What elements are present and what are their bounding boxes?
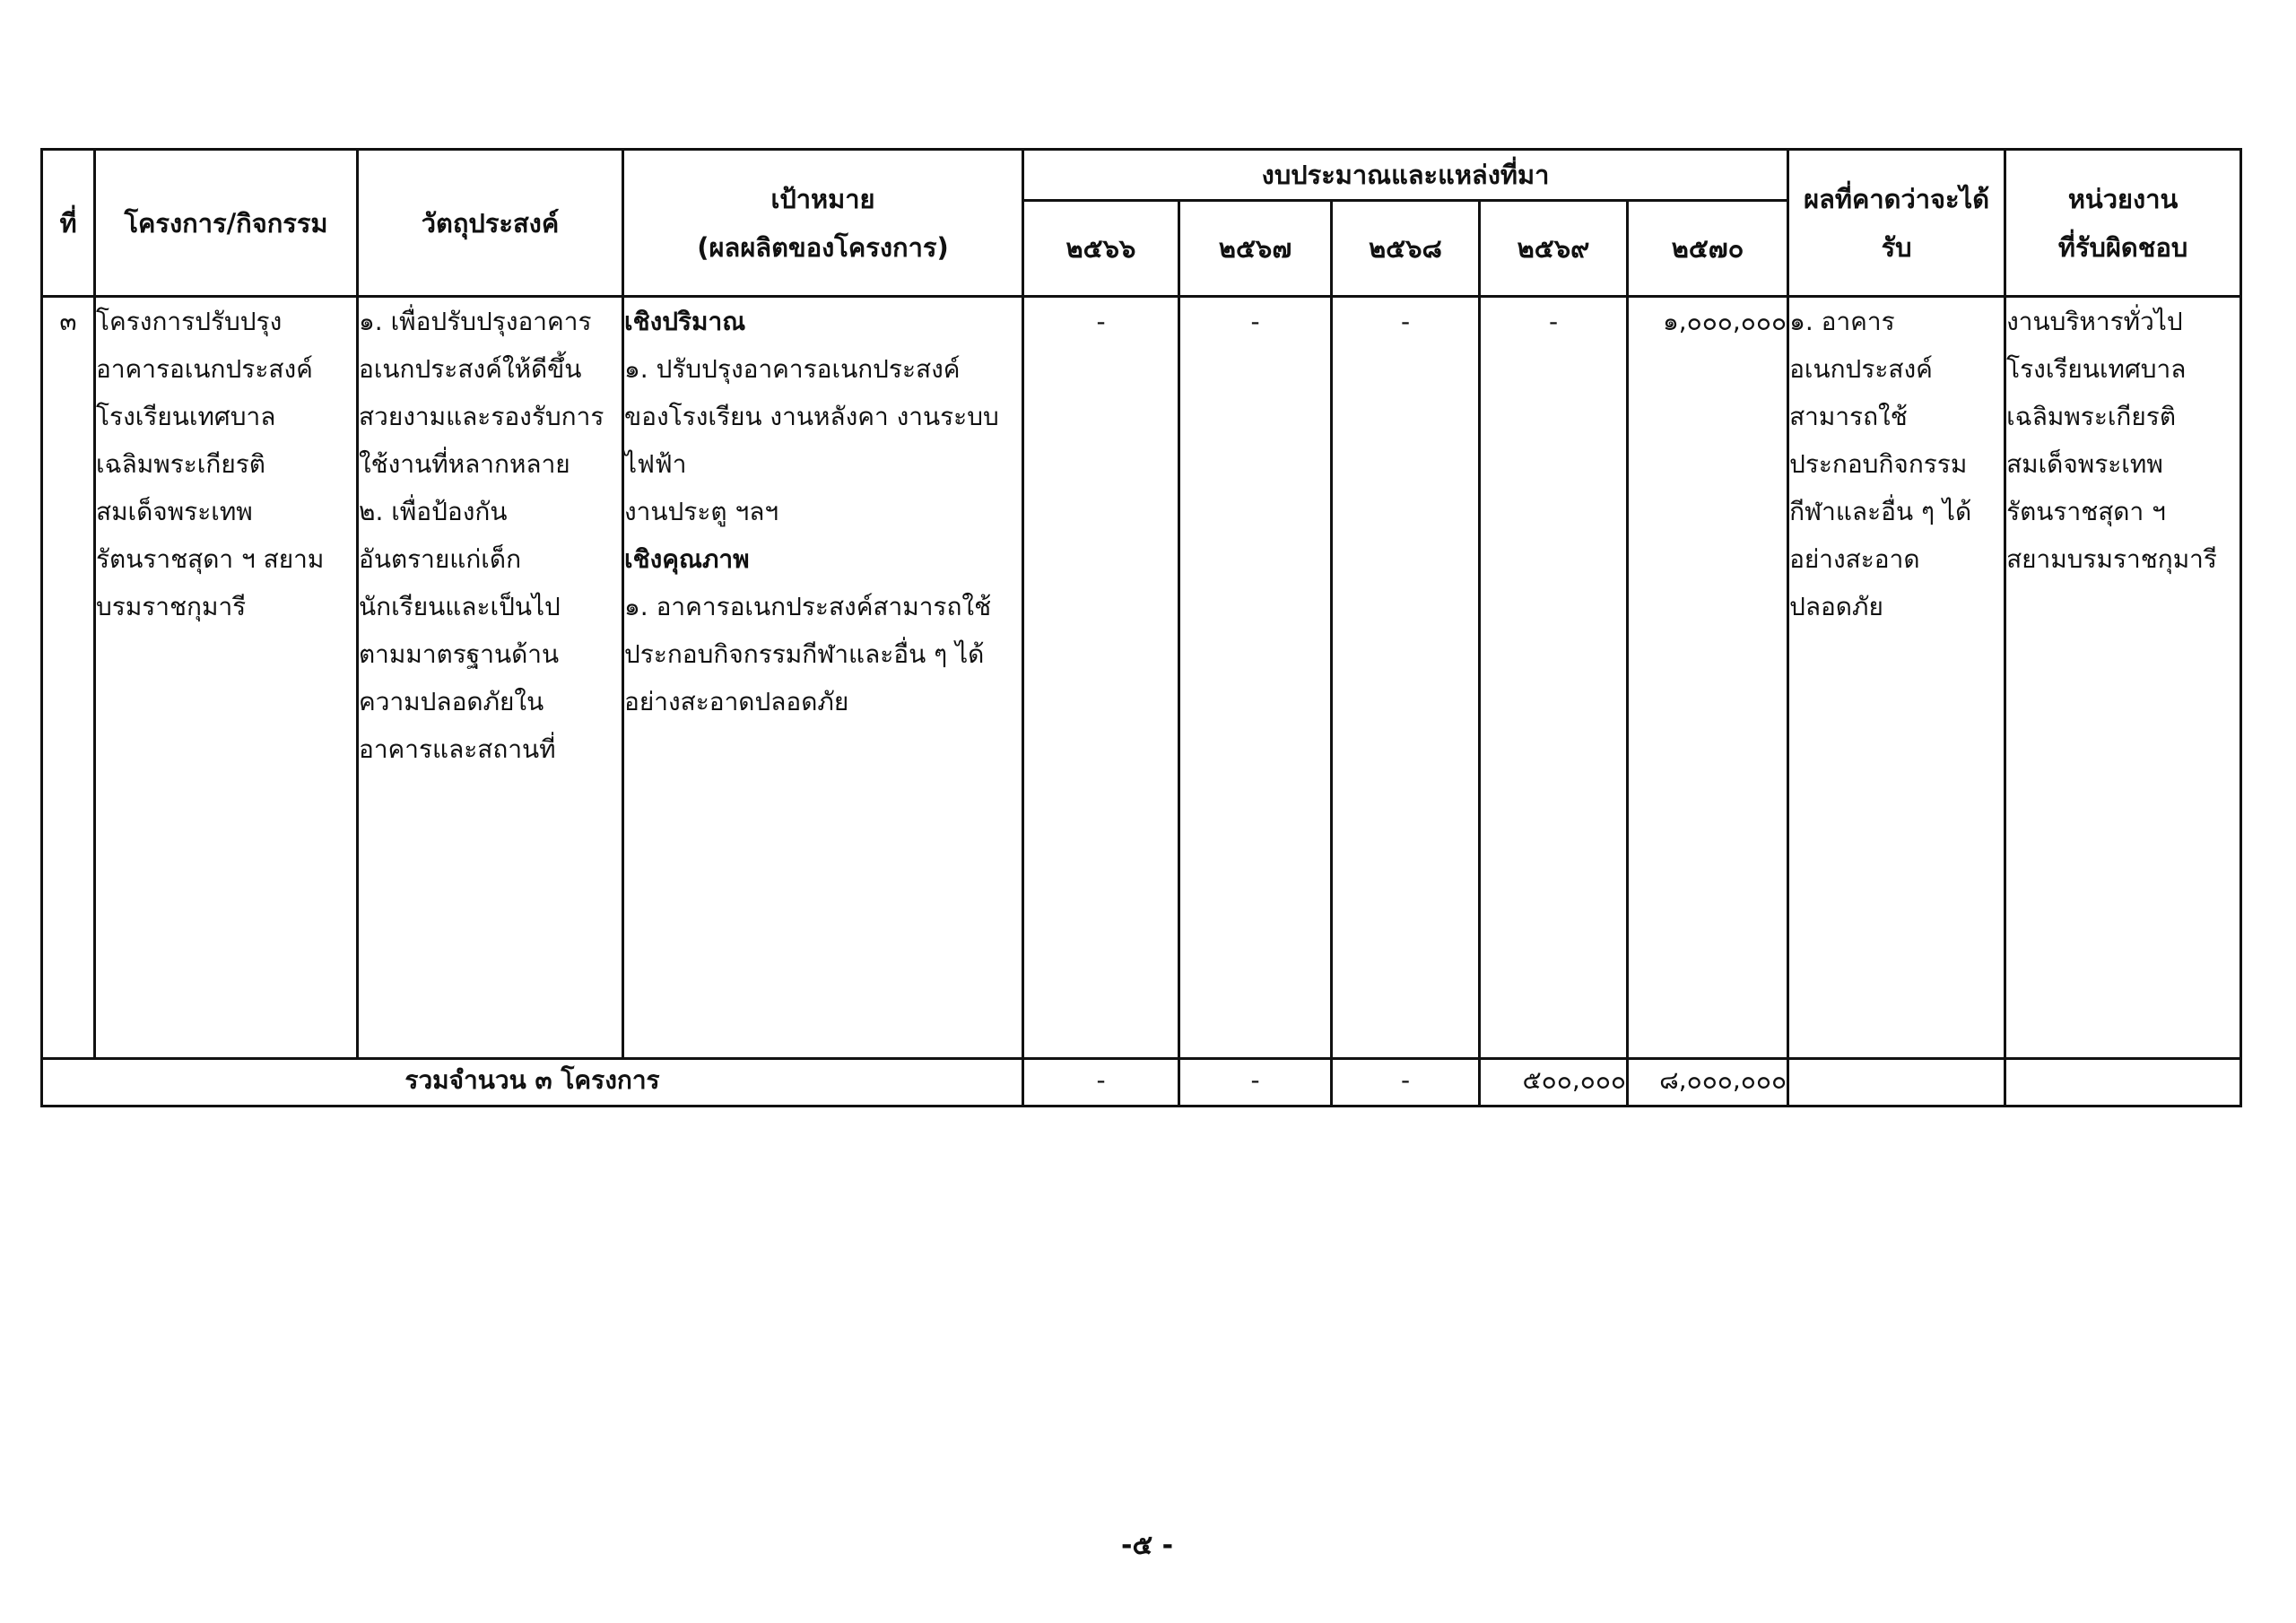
cell-text-line: งานบริหารทั่วไป <box>2006 298 2239 345</box>
row-budget-2567: - <box>1179 297 1332 1059</box>
header-objective: วัตถุประสงค์ <box>358 150 623 297</box>
row-expected: ๑. อาคารอเนกประสงค์สามารถใช้ประกอบกิจกรร… <box>1788 297 2005 1059</box>
cell-text-line: บรมราชกุมารี <box>96 583 356 630</box>
total-budget-2566: - <box>1023 1059 1179 1107</box>
cell-text-line: รัตนราชสุดา ฯ <box>2006 488 2239 535</box>
total-row: รวมจำนวน ๓ โครงการ - - - ๕๐๐,๐๐๐ ๘,๐๐๐,๐… <box>42 1059 2241 1107</box>
cell-text-line: โรงเรียนเทศบาล <box>2006 345 2239 393</box>
header-budget-group: งบประมาณและแหล่งที่มา <box>1023 150 1788 201</box>
total-budget-2567: - <box>1179 1059 1332 1107</box>
row-objective: ๑. เพื่อปรับปรุงอาคารอเนกประสงค์ให้ดีขึ้… <box>358 297 623 1059</box>
total-label: รวมจำนวน ๓ โครงการ <box>42 1059 1023 1107</box>
target-section-heading: เชิงปริมาณ <box>624 298 1022 345</box>
row-budget-2570: ๑,๐๐๐,๐๐๐ <box>1628 297 1788 1059</box>
header-responsible: หน่วยงาน ที่รับผิดชอบ <box>2005 150 2241 297</box>
cell-text-line: ปลอดภัย <box>1789 583 2004 630</box>
cell-text-line: นักเรียนและเป็นไป <box>359 583 622 630</box>
cell-text-line: งานประตู ฯลฯ <box>624 488 1022 535</box>
header-no: ที่ <box>42 150 95 297</box>
cell-text-line: อย่างสะอาดปลอดภัย <box>624 678 1022 725</box>
header-year-2570: ๒๕๗๐ <box>1628 201 1788 297</box>
header-target-line1: เป้าหมาย <box>624 175 1022 223</box>
header-project: โครงการ/กิจกรรม <box>95 150 358 297</box>
header-year-2569: ๒๕๖๙ <box>1480 201 1628 297</box>
row-project: โครงการปรับปรุงอาคารอเนกประสงค์โรงเรียนเ… <box>95 297 358 1059</box>
project-plan-table: ที่ โครงการ/กิจกรรม วัตถุประสงค์ เป้าหมา… <box>40 148 2242 1107</box>
cell-text-line: อเนกประสงค์ <box>1789 345 2004 393</box>
cell-text-line: ใช้งานที่หลากหลาย <box>359 440 622 488</box>
cell-text-line: ประกอบกิจกรรมกีฬาและอื่น ๆ ได้ <box>624 630 1022 678</box>
header-expected: ผลที่คาดว่าจะได้รับ <box>1788 150 2005 297</box>
cell-text-line: ๑. อาคารอเนกประสงค์สามารถใช้ <box>624 583 1022 630</box>
cell-text-line: รัตนราชสุดา ฯ สยาม <box>96 535 356 583</box>
row-responsible: งานบริหารทั่วไปโรงเรียนเทศบาลเฉลิมพระเกี… <box>2005 297 2241 1059</box>
total-expected-empty <box>1788 1059 2005 1107</box>
row-budget-2569: - <box>1480 297 1628 1059</box>
cell-text-line: ของโรงเรียน งานหลังคา งานระบบ <box>624 393 1022 440</box>
cell-text-line: สยามบรมราชกุมารี <box>2006 535 2239 583</box>
cell-text-line: ๒. เพื่อป้องกัน <box>359 488 622 535</box>
row-target: เชิงปริมาณ๑. ปรับปรุงอาคารอเนกประสงค์ของ… <box>623 297 1023 1059</box>
cell-text-line: อันตรายแก่เด็ก <box>359 535 622 583</box>
cell-text-line: สมเด็จพระเทพ <box>96 488 356 535</box>
header-responsible-line1: หน่วยงาน <box>2006 175 2239 223</box>
cell-text-line: อเนกประสงค์ให้ดีขึ้น <box>359 345 622 393</box>
cell-text-line: สมเด็จพระเทพ <box>2006 440 2239 488</box>
cell-text-line: ตามมาตรฐานด้าน <box>359 630 622 678</box>
header-year-2567: ๒๕๖๗ <box>1179 201 1332 297</box>
cell-text-line: สามารถใช้ <box>1789 393 2004 440</box>
header-year-2568: ๒๕๖๘ <box>1332 201 1480 297</box>
cell-text-line: โครงการปรับปรุง <box>96 298 356 345</box>
total-responsible-empty <box>2005 1059 2241 1107</box>
cell-text-line: ๑. อาคาร <box>1789 298 2004 345</box>
cell-text-line: อาคารและสถานที่ <box>359 725 622 773</box>
cell-text-line: ประกอบกิจกรรม <box>1789 440 2004 488</box>
header-year-2566: ๒๕๖๖ <box>1023 201 1179 297</box>
cell-text-line: อย่างสะอาด <box>1789 535 2004 583</box>
cell-text-line: เฉลิมพระเกียรติ <box>96 440 356 488</box>
row-no: ๓ <box>42 297 95 1059</box>
header-target-line2: (ผลผลิตของโครงการ) <box>624 223 1022 272</box>
row-budget-2568: - <box>1332 297 1480 1059</box>
page-number: -๕ - <box>1121 1524 1173 1567</box>
cell-text-line: ๑. เพื่อปรับปรุงอาคาร <box>359 298 622 345</box>
cell-text-line: โรงเรียนเทศบาล <box>96 393 356 440</box>
header-target: เป้าหมาย (ผลผลิตของโครงการ) <box>623 150 1023 297</box>
total-budget-2568: - <box>1332 1059 1480 1107</box>
cell-text-line: กีฬาและอื่น ๆ ได้ <box>1789 488 2004 535</box>
cell-text-line: อาคารอเนกประสงค์ <box>96 345 356 393</box>
header-responsible-line2: ที่รับผิดชอบ <box>2006 223 2239 272</box>
cell-text-line: ๑. ปรับปรุงอาคารอเนกประสงค์ <box>624 345 1022 393</box>
total-budget-2569: ๕๐๐,๐๐๐ <box>1480 1059 1628 1107</box>
target-section-heading: เชิงคุณภาพ <box>624 535 1022 583</box>
cell-text-line: สวยงามและรองรับการ <box>359 393 622 440</box>
row-budget-2566: - <box>1023 297 1179 1059</box>
cell-text-line: ความปลอดภัยใน <box>359 678 622 725</box>
table-row: ๓ โครงการปรับปรุงอาคารอเนกประสงค์โรงเรีย… <box>42 297 2241 1059</box>
total-budget-2570: ๘,๐๐๐,๐๐๐ <box>1628 1059 1788 1107</box>
cell-text-line: เฉลิมพระเกียรติ <box>2006 393 2239 440</box>
cell-text-line: ไฟฟ้า <box>624 440 1022 488</box>
